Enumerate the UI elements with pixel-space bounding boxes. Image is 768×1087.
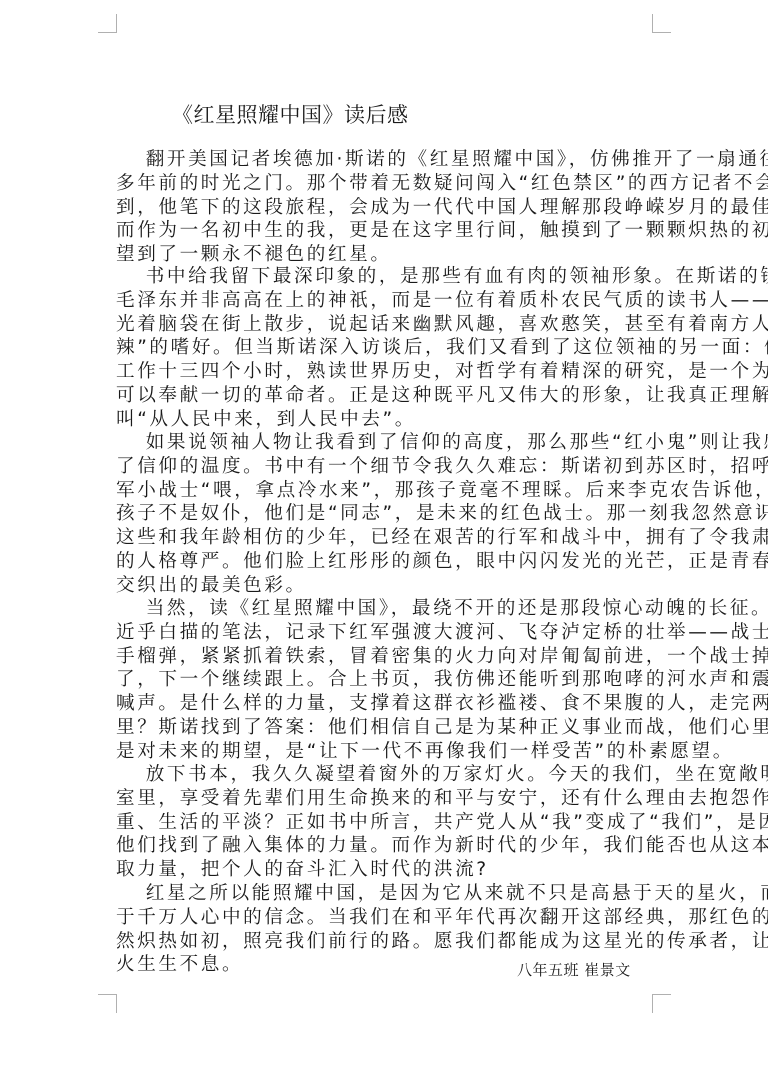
- text-line: 可以奉献一切的革命者。正是这种既平凡又伟大的形象，让我真正理解了什么: [116, 384, 676, 408]
- text-line: 然炽热如初，照亮我们前行的路。愿我们都能成为这星光的传承者，让信仰之: [116, 930, 676, 954]
- paragraph-2: 书中给我留下最深印象的，是那些有血有肉的领袖形象。在斯诺的镜头下， 毛泽东并非高…: [116, 265, 676, 432]
- document-title: 《红星照耀中国》读后感: [172, 99, 409, 129]
- text-line: 红星之所以能照耀中国，是因为它从来就不只是高悬于天的星火，而是扎根: [116, 882, 676, 906]
- text-line: 到，他笔下的这段旅程，会成为一代代中国人理解那段峥嵘岁月的最佳窗口。: [116, 196, 676, 220]
- text-line: 军小战士“喂，拿点冷水来”，那孩子竟毫不理睬。后来李克农告诉他，这些: [116, 479, 676, 503]
- crop-mark-bottom-left: [98, 994, 117, 1013]
- text-line: 近乎白描的笔法，记录下红军强渡大渡河、飞夺泸定桥的壮举——战士们背着: [116, 621, 676, 645]
- text-line: 孩子不是奴仆，他们是“同志”，是未来的红色战士。那一刻我忽然意识到，: [116, 502, 676, 526]
- text-line: 他们找到了融入集体的力量。而作为新时代的少年，我们能否也从这本书中汲: [116, 834, 676, 858]
- text-line: 重、生活的平淡？正如书中所言，共产党人从“我”变成了“我们”，是因为: [116, 811, 676, 835]
- text-line: 当然，读《红星照耀中国》，最绕不开的还是那段惊心动魄的长征。斯诺用: [116, 597, 676, 621]
- text-line: 光着脑袋在街上散步，说起话来幽默风趣，喜欢憨笑，甚至有着南方人“爱: [116, 313, 676, 337]
- text-line: 辣”的嗜好。但当斯诺深入访谈后，我们又看到了这位领袖的另一面：他每天: [116, 336, 676, 360]
- text-line: 望到了一颗永不褪色的红星。: [116, 243, 676, 267]
- text-line: 喊声。是什么样的力量，支撑着这群衣衫褴褛、食不果腹的人，走完两万五千: [116, 692, 676, 716]
- text-line: 叫“从人民中来，到人民中去”。: [116, 408, 676, 432]
- text-line: 工作十三四个小时，熟读世界历史，对哲学有着精深的研究，是一个为了信仰: [116, 360, 676, 384]
- crop-mark-top-right: [652, 14, 671, 33]
- text-line: 而作为一名初中生的我，更是在这字里行间，触摸到了一颗颗炽热的初心，仰: [116, 219, 676, 243]
- paragraph-3: 如果说领袖人物让我看到了信仰的高度，那么那些“红小鬼”则让我感受到 了信仰的温度…: [116, 431, 676, 598]
- crop-mark-top-left: [98, 14, 117, 33]
- text-line: 交织出的最美色彩。: [116, 574, 676, 598]
- text-line: 于千万人心中的信念。当我们在和平年代再次翻开这部经典，那红色的光芒依: [116, 906, 676, 930]
- text-line: 这些和我年龄相仿的少年，已经在艰苦的行军和战斗中，拥有了令我肃然起敬: [116, 526, 676, 550]
- text-line: 放下书本，我久久凝望着窗外的万家灯火。今天的我们，坐在宽敞明亮的教: [116, 763, 676, 787]
- text-line: 如果说领袖人物让我看到了信仰的高度，那么那些“红小鬼”则让我感受到: [116, 431, 676, 455]
- text-line: 毛泽东并非高高在上的神祇，而是一位有着质朴农民气质的读书人——他可以: [116, 289, 676, 313]
- text-line: 手榴弹，紧紧抓着铁索，冒着密集的火力向对岸匍匐前进，一个战士掉下去: [116, 645, 676, 669]
- author-signature: 八年五班 崔景文: [517, 959, 631, 980]
- text-line: 了，下一个继续跟上。合上书页，我仿佛还能听到那咆哮的河水声和震天的呐: [116, 668, 676, 692]
- text-line: 里？斯诺找到了答案：他们相信自己是为某种正义事业而战，他们心里装着的: [116, 716, 676, 740]
- text-line: 多年前的时光之门。那个带着无数疑问闯入“红色禁区”的西方记者不会想: [116, 172, 676, 196]
- text-line: 了信仰的温度。书中有一个细节令我久久难忘：斯诺初到苏区时，招呼一个红: [116, 455, 676, 479]
- paragraph-1: 翻开美国记者埃德加·斯诺的《红星照耀中国》，仿佛推开了一扇通往八十 多年前的时光…: [116, 148, 676, 267]
- text-line: 是对未来的期望，是“让下一代不再像我们一样受苦”的朴素愿望。: [116, 740, 676, 764]
- paragraph-4: 当然，读《红星照耀中国》，最绕不开的还是那段惊心动魄的长征。斯诺用 近乎白描的笔…: [116, 597, 676, 764]
- text-line: 取力量，把个人的奋斗汇入时代的洪流?: [116, 858, 676, 882]
- crop-mark-bottom-right: [652, 994, 671, 1013]
- text-line: 的人格尊严。他们脸上红彤彤的颜色，眼中闪闪发光的光芒，正是青春与信仰: [116, 550, 676, 574]
- text-line: 书中给我留下最深印象的，是那些有血有肉的领袖形象。在斯诺的镜头下，: [116, 265, 676, 289]
- text-line: 翻开美国记者埃德加·斯诺的《红星照耀中国》，仿佛推开了一扇通往八十: [116, 148, 676, 172]
- paragraph-5: 放下书本，我久久凝望着窗外的万家灯火。今天的我们，坐在宽敞明亮的教 室里，享受着…: [116, 763, 676, 882]
- text-line: 室里，享受着先辈们用生命换来的和平与安宁，还有什么理由去抱怨作业的繁: [116, 787, 676, 811]
